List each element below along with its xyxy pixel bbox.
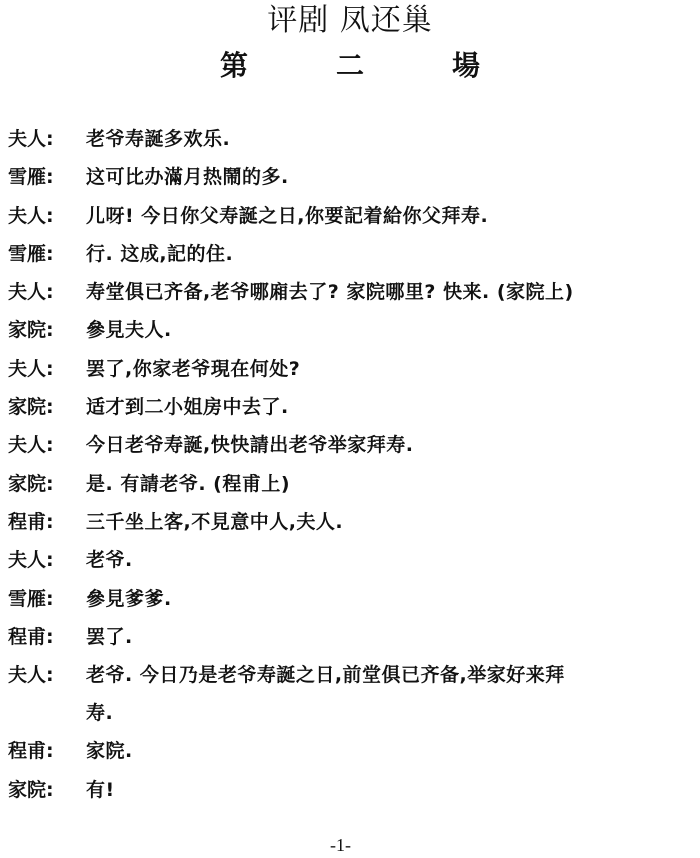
page-number: -1- — [330, 834, 351, 856]
speaker-name: 家院: — [8, 318, 86, 342]
speaker-name: 家院: — [8, 472, 86, 496]
speech-text: 老爷. 今日乃是老爷寿誕之日,前堂俱已齐备,举家好来拜 — [86, 664, 565, 686]
dialogue-line: 雪雁: 參見爹爹. — [8, 587, 700, 611]
dialogue-line: 夫人: 寿堂俱已齐备,老爷哪廂去了? 家院哪里? 快来. (家院上) — [8, 280, 700, 304]
speech-text: 适才到二小姐房中去了. — [86, 395, 700, 419]
speech-text: 家院. — [86, 739, 700, 763]
speech-text: 行. 这成,記的住. — [86, 242, 700, 266]
dialogue-line: 程甫: 三千坐上客,不見意中人,夫人. — [8, 510, 700, 534]
speech-text: 老爷. — [86, 548, 700, 572]
scene-heading: 第二場 — [0, 46, 700, 86]
dialogue-line: 夫人: 今日老爷寿誕,快快請出老爷举家拜寿. — [8, 433, 700, 457]
speech-text: 这可比办滿月热鬧的多. — [86, 165, 700, 189]
dialogue-line: 家院: 是. 有請老爷. (程甫上) — [8, 472, 700, 496]
speech-text: 參見夫人. — [86, 318, 700, 342]
dialogue-line: 程甫: 罢了. — [8, 625, 700, 649]
dialogue-line: 夫人: 罢了,你家老爷現在何处? — [8, 357, 700, 381]
dialogue-line: 家院: 有! — [8, 778, 700, 802]
script-body: 夫人: 老爷寿誕多欢乐. 雪雁: 这可比办滿月热鬧的多. 夫人: 儿呀! 今日你… — [8, 127, 700, 816]
speaker-name: 家院: — [8, 395, 86, 419]
speech-text: 老爷寿誕多欢乐. — [86, 127, 700, 151]
play-title: 评剧 凤还巢 — [0, 2, 700, 40]
dialogue-line: 家院: 适才到二小姐房中去了. — [8, 395, 700, 419]
dialogue-line: 程甫: 家院. — [8, 739, 700, 763]
speaker-name: 程甫: — [8, 510, 86, 534]
dialogue-line: 雪雁: 行. 这成,記的住. — [8, 242, 700, 266]
speech-text: 今日老爷寿誕,快快請出老爷举家拜寿. — [86, 433, 700, 457]
speaker-name: 雪雁: — [8, 587, 86, 611]
speech-text: 罢了. — [86, 625, 700, 649]
speaker-name: 雪雁: — [8, 165, 86, 189]
speaker-name: 夫人: — [8, 357, 86, 381]
speech-continuation: 寿. — [86, 701, 700, 725]
speech-text: 寿堂俱已齐备,老爷哪廂去了? 家院哪里? 快来. (家院上) — [86, 280, 700, 304]
dialogue-line: 夫人: 老爷. — [8, 548, 700, 572]
speech-text: 罢了,你家老爷現在何处? — [86, 357, 700, 381]
speaker-name: 夫人: — [8, 127, 86, 151]
speaker-name: 夫人: — [8, 204, 86, 228]
speech-text: 參見爹爹. — [86, 587, 700, 611]
speaker-name: 家院: — [8, 778, 86, 802]
scene-heading-char: 二 — [336, 46, 364, 86]
dialogue-line: 夫人: 老爷寿誕多欢乐. — [8, 127, 700, 151]
speaker-name: 程甫: — [8, 739, 86, 763]
speech-block: 老爷. 今日乃是老爷寿誕之日,前堂俱已齐备,举家好来拜 寿. — [86, 663, 700, 725]
dialogue-line: 雪雁: 这可比办滿月热鬧的多. — [8, 165, 700, 189]
speech-text: 儿呀! 今日你父寿誕之日,你要記着給你父拜寿. — [86, 204, 700, 228]
speech-text: 有! — [86, 778, 700, 802]
scene-heading-char: 第 — [220, 46, 248, 86]
speaker-name: 夫人: — [8, 280, 86, 304]
speaker-name: 夫人: — [8, 663, 86, 687]
speaker-name: 雪雁: — [8, 242, 86, 266]
scene-heading-char: 場 — [452, 46, 480, 86]
dialogue-line: 夫人: 儿呀! 今日你父寿誕之日,你要記着給你父拜寿. — [8, 204, 700, 228]
dialogue-line: 家院: 參見夫人. — [8, 318, 700, 342]
speaker-name: 夫人: — [8, 548, 86, 572]
speech-text: 三千坐上客,不見意中人,夫人. — [86, 510, 700, 534]
speaker-name: 程甫: — [8, 625, 86, 649]
speaker-name: 夫人: — [8, 433, 86, 457]
dialogue-line: 夫人: 老爷. 今日乃是老爷寿誕之日,前堂俱已齐备,举家好来拜 寿. — [8, 663, 700, 725]
speech-text: 是. 有請老爷. (程甫上) — [86, 472, 700, 496]
